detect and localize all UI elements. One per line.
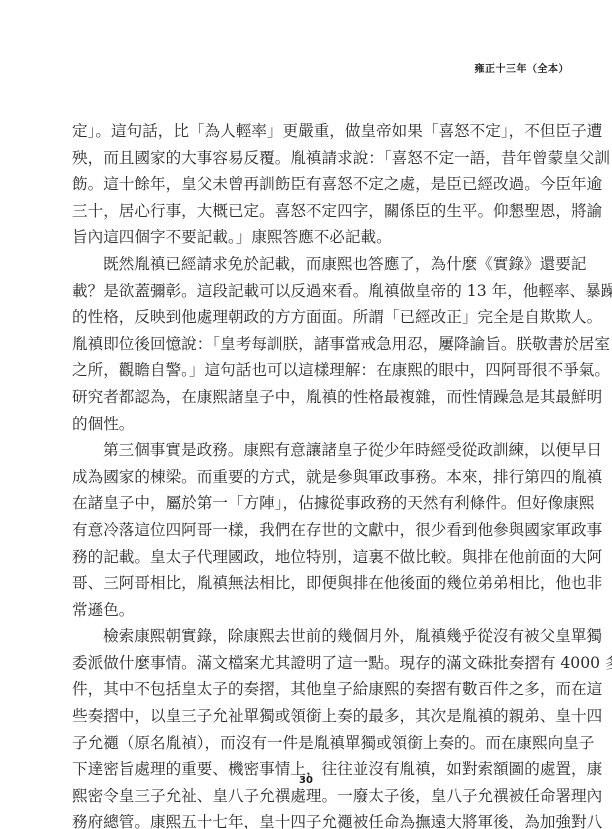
text-line: 第三個事實是政務。康熙有意讓諸皇子從少年時經受從政訓練，以便早日 [72,437,512,464]
text-line: 殃，而且國家的大事容易反覆。胤禛請求說：「喜怒不定一語，昔年曾蒙皇父訓 [72,145,512,172]
text-line: 務的記載。皇太子代理國政，地位特別，這裏不做比較。與排在他前面的大阿 [72,544,512,571]
text-line: 的性格，反映到他處理朝政的方方面面。所謂「已經改正」完全是自欺欺人。 [72,304,512,331]
text-line: 旨內這四個字不要記載。」康熙答應不必記載。 [72,224,512,251]
text-line: 委派做什麼事情。滿文檔案尤其證明了這一點。現存的滿文硃批奏摺有 4000 多 [72,650,512,677]
text-line: 在諸皇子中，屬於第一「方陣」，佔據從事政務的天然有利條件。但好像康熙 [72,490,512,517]
text-line: 成為國家的棟梁。而重要的方式，就是參與軍政事務。本來，排行第四的胤禛 [72,464,512,491]
text-line: 務府總管。康熙五十七年，皇十四子允禵被任命為撫遠大將軍後，為加強對八 [72,809,512,829]
text-line: 件，其中不包括皇太子的奏摺，其他皇子給康熙的奏摺有數百件之多，而在這 [72,676,512,703]
text-line: 哥、三阿哥相比，胤禛無法相比，即便與排在他後面的幾位弟弟相比，他也非 [72,570,512,597]
text-line: 之所，觀瞻自警。」這句話也可以這樣理解：在康熙的眼中，四阿哥很不爭氣。 [72,357,512,384]
text-line: 常遜色。 [72,597,512,624]
text-line: 既然胤禛已經請求免於記載，而康熙也答應了，為什麼《實錄》還要記 [72,251,512,278]
text-line: 些奏摺中，以皇三子允祉單獨或領銜上奏的最多，其次是胤禛的親弟、皇十四 [72,703,512,730]
text-line: 胤禛即位後回憶說：「皇考每訓朕，諸事當戒急用忍，屢降諭旨。朕敬書於居室 [72,331,512,358]
text-line: 飭。這十餘年，皇父未曾再訓飭臣有喜怒不定之處，是臣已經改過。今臣年逾 [72,171,512,198]
body-text: 定」。這句話，比「為人輕率」更嚴重，做皇帝如果「喜怒不定」，不但臣子遭 殃，而且… [72,118,512,829]
text-line: 子允禵（原名胤禎），而沒有一件是胤禛單獨或領銜上奏的。而在康熙向皇子 [72,730,512,757]
document-page: 雍正十三年（全本） 定」。這句話，比「為人輕率」更嚴重，做皇帝如果「喜怒不定」，… [0,0,612,829]
text-line: 三十，居心行事，大概已定。喜怒不定四字，關係臣的生平。仰懇聖恩，將諭 [72,198,512,225]
text-line: 的個性。 [72,411,512,438]
running-header: 雍正十三年（全本） [475,60,570,75]
text-line: 載？是欲蓋彌彰。這段記載可以反過來看。胤禛做皇帝的 13 年，他輕率、暴躁 [72,278,512,305]
paragraph-1: 定」。這句話，比「為人輕率」更嚴重，做皇帝如果「喜怒不定」，不但臣子遭 殃，而且… [72,118,512,251]
text-line: 定」。這句話，比「為人輕率」更嚴重，做皇帝如果「喜怒不定」，不但臣子遭 [72,118,512,145]
page-number: 30 [0,775,612,786]
text-line: 研究者都認為，在康熙諸皇子中，胤禛的性格最複雜，而性情躁急是其最鮮明 [72,384,512,411]
paragraph-3: 第三個事實是政務。康熙有意讓諸皇子從少年時經受從政訓練，以便早日 成為國家的棟梁… [72,437,512,623]
paragraph-2: 既然胤禛已經請求免於記載，而康熙也答應了，為什麼《實錄》還要記 載？是欲蓋彌彰。… [72,251,512,437]
text-line: 檢索康熙朝實錄，除康熙去世前的幾個月外，胤禛幾乎從沒有被父皇單獨 [72,623,512,650]
text-line: 熙密令皇三子允祉、皇八子允禩處理。一廢太子後，皇八子允禩被任命署理內 [72,783,512,810]
paragraph-4: 檢索康熙朝實錄，除康熙去世前的幾個月外，胤禛幾乎從沒有被父皇單獨 委派做什麼事情… [72,623,512,829]
text-line: 有意冷落這位四阿哥一樣，我們在存世的文獻中，很少看到他參與國家軍政事 [72,517,512,544]
